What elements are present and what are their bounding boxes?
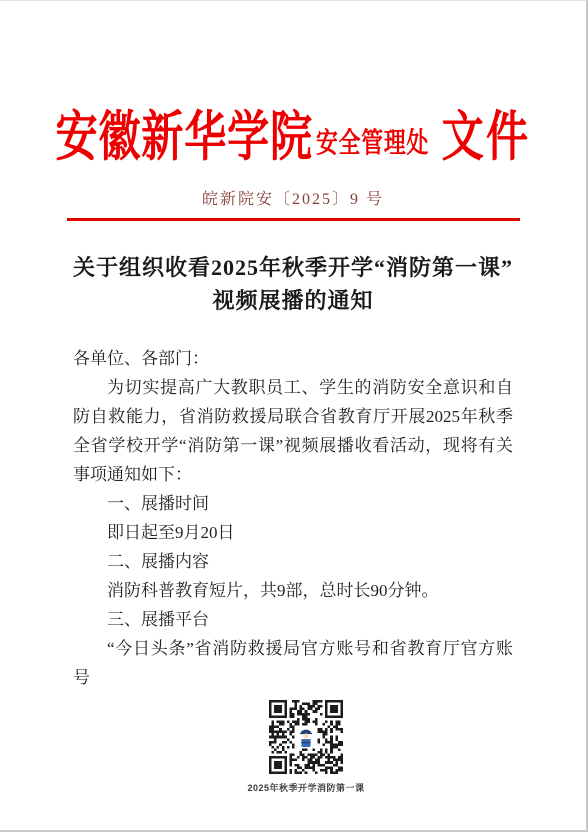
section-3-content: “今日头条”省消防救援局官方账号和省教育厅官方账号 [73,634,513,692]
section-2-heading: 二、展播内容 [73,547,513,576]
section-1-content: 即日起至9月20日 [73,518,513,547]
letterhead: 安徽新华学院 安全管理处 文件 [64,109,521,165]
dept-name: 安全管理处 [316,130,429,158]
section-3-heading: 三、展播平台 [73,605,513,634]
document-page: 安徽新华学院 安全管理处 文件 皖新院安〔2025〕9 号 关于组织收看2025… [0,0,588,832]
section-2-content: 消防科普教育短片，共9部，总时长90分钟。 [73,576,513,605]
qr-caption: 2025年秋季开学消防第一课 [247,781,364,794]
notice-title-line1: 关于组织收看2025年秋季开学“消防第一课” [0,251,586,284]
doc-number: 皖新院安〔2025〕9 号 [0,190,586,209]
section-1-heading: 一、展播时间 [73,489,513,518]
org-name: 安徽新华学院 [55,110,312,164]
qr-code [269,700,343,774]
doc-word: 文件 [442,110,531,164]
notice-title-line2: 视频展播的通知 [0,284,586,317]
notice-body: 各单位、各部门： 为切实提高广大教职员工、学生的消防安全意识和自防自救能力，省消… [73,344,513,692]
intro-paragraph: 为切实提高广大教职员工、学生的消防安全意识和自防自救能力，省消防救援局联合省教育… [73,373,513,489]
notice-title: 关于组织收看2025年秋季开学“消防第一课” 视频展播的通知 [0,251,586,317]
salutation: 各单位、各部门： [73,344,513,373]
qr-block: 2025年秋季开学消防第一课 [13,700,588,794]
red-separator-line [67,218,520,221]
